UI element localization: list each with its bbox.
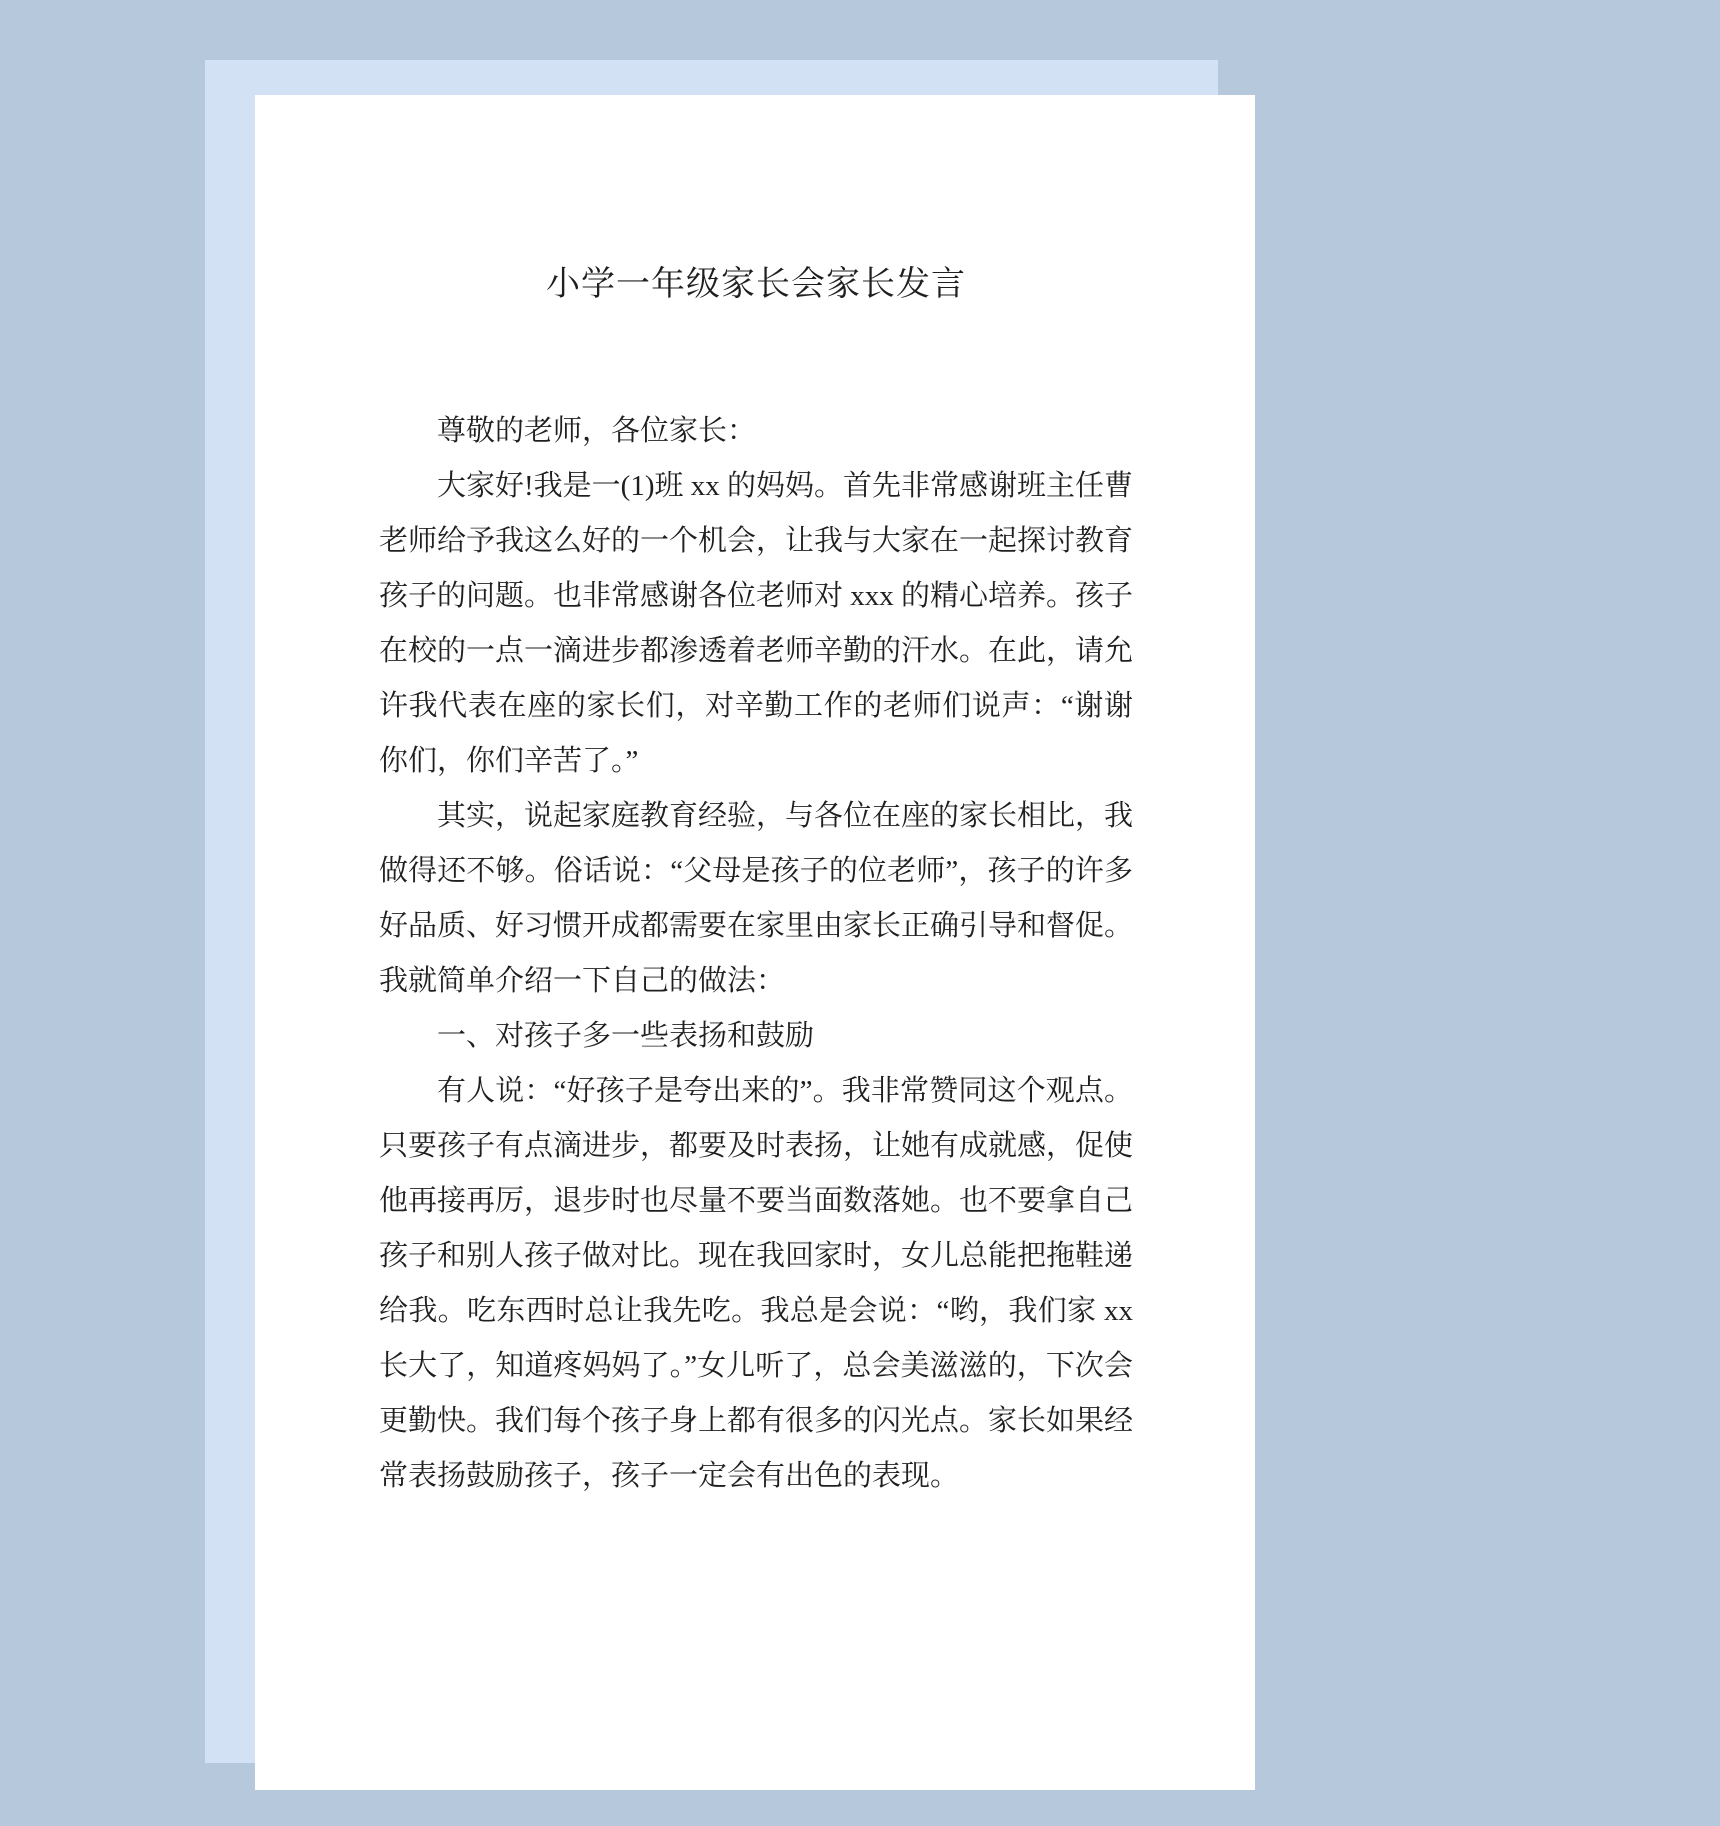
document-page: 小学一年级家长会家长发言 尊敬的老师，各位家长： 大家好!我是一(1)班 xx … <box>255 95 1255 1790</box>
body-paragraph: 大家好!我是一(1)班 xx 的妈妈。首先非常感谢班主任曹老师给予我这么好的一个… <box>379 459 1133 789</box>
desktop-background: 小学一年级家长会家长发言 尊敬的老师，各位家长： 大家好!我是一(1)班 xx … <box>0 0 1720 1826</box>
salutation-paragraph: 尊敬的老师，各位家长： <box>379 404 1133 459</box>
body-paragraph: 有人说：“好孩子是夸出来的”。我非常赞同这个观点。只要孩子有点滴进步，都要及时表… <box>379 1064 1133 1504</box>
body-paragraph: 其实，说起家庭教育经验，与各位在座的家长相比，我做得还不够。俗话说：“父母是孩子… <box>379 789 1133 1009</box>
document-title: 小学一年级家长会家长发言 <box>379 265 1133 306</box>
section-heading: 一、对孩子多一些表扬和鼓励 <box>379 1009 1133 1064</box>
